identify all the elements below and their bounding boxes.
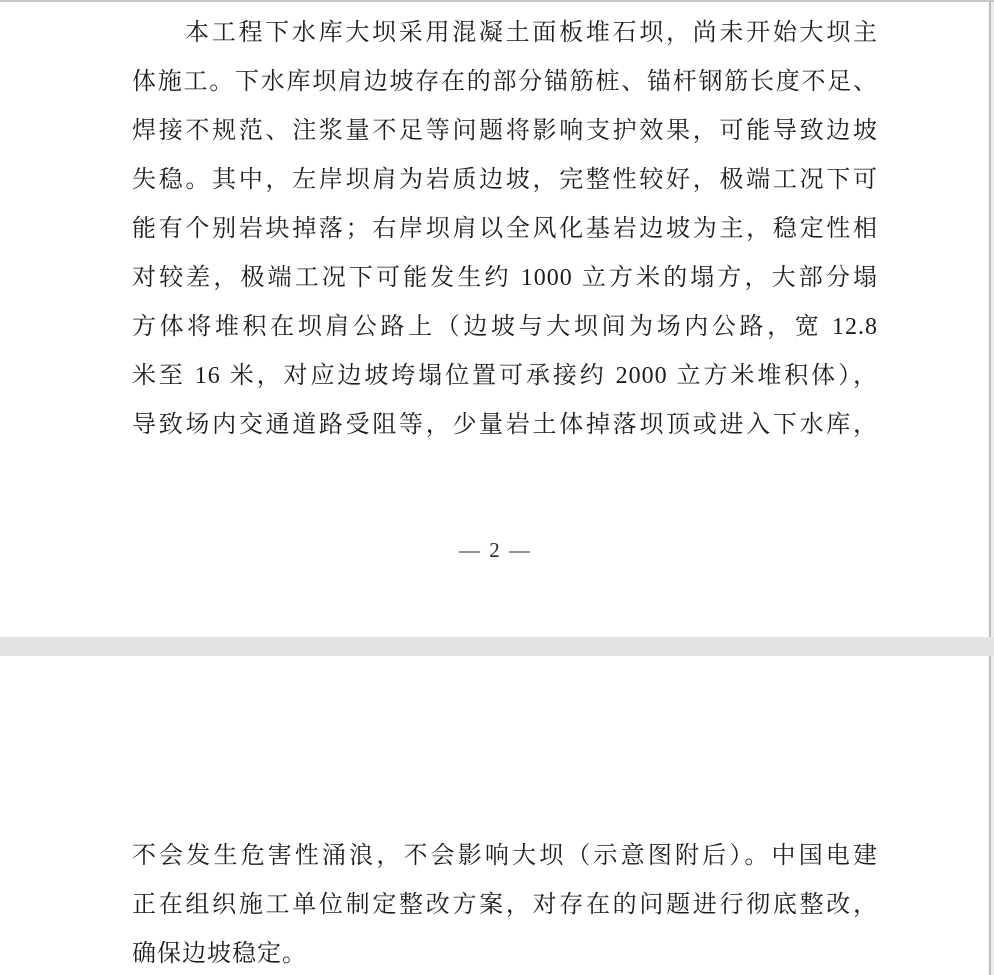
paragraph-line: 方体将堆积在坝肩公路上（边坡与大坝间为场内公路，宽 12.8 bbox=[132, 303, 878, 352]
page-footer-page-number: — 2 — bbox=[0, 536, 991, 564]
viewer-top-divider bbox=[0, 0, 994, 2]
page-1-paragraph: 本工程下水库大坝采用混凝土面板堆石坝，尚未开始大坝主 体施工。下水库坝肩边坡存在… bbox=[132, 9, 878, 450]
paragraph-line: 对较差，极端工况下可能发生约 1000 立方米的塌方，大部分塌 bbox=[132, 254, 878, 303]
paragraph-line: 确保边坡稳定。 bbox=[132, 930, 878, 975]
page-gap bbox=[0, 637, 994, 656]
paragraph-line: 体施工。下水库坝肩边坡存在的部分锚筋桩、锚杆钢筋长度不足、 bbox=[132, 58, 878, 107]
paragraph-line: 米至 16 米，对应边坡垮塌位置可承接约 2000 立方米堆积体）， bbox=[132, 352, 878, 401]
paragraph-line: 失稳。其中，左岸坝肩为岩质边坡，完整性较好，极端工况下可 bbox=[132, 156, 878, 205]
paragraph-line: 不会发生危害性涌浪，不会影响大坝（示意图附后）。中国电建 bbox=[132, 832, 878, 881]
document-viewer: 本工程下水库大坝采用混凝土面板堆石坝，尚未开始大坝主 体施工。下水库坝肩边坡存在… bbox=[0, 0, 994, 975]
paragraph-line: 正在组织施工单位制定整改方案，对存在的问题进行彻底整改， bbox=[132, 881, 878, 930]
paragraph-line: 焊接不规范、注浆量不足等问题将影响支护效果，可能导致边坡 bbox=[132, 107, 878, 156]
page-2-paragraph: 不会发生危害性涌浪，不会影响大坝（示意图附后）。中国电建 正在组织施工单位制定整… bbox=[132, 832, 878, 975]
paragraph-line: 导致场内交通道路受阻等，少量岩土体掉落坝顶或进入下水库， bbox=[132, 401, 878, 450]
paragraph-line: 本工程下水库大坝采用混凝土面板堆石坝，尚未开始大坝主 bbox=[132, 9, 878, 58]
paragraph-line: 能有个别岩块掉落；右岸坝肩以全风化基岩边坡为主，稳定性相 bbox=[132, 205, 878, 254]
